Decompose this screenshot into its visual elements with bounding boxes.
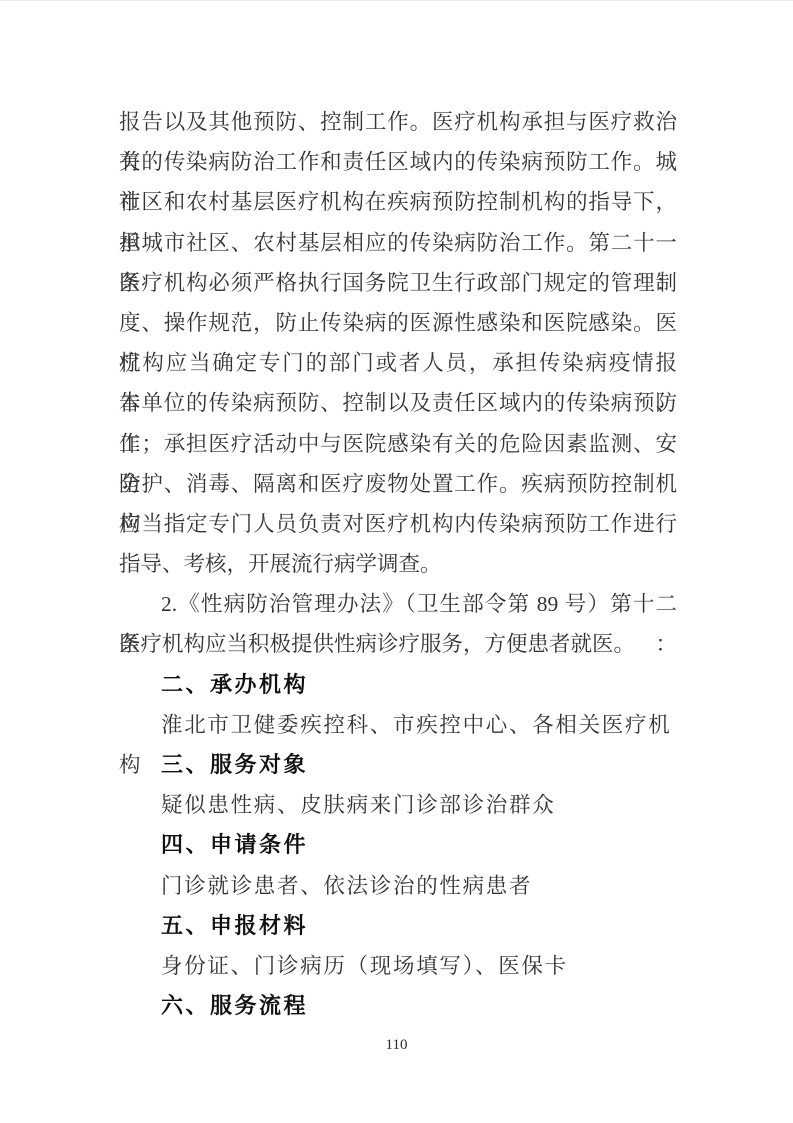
body-line: 指导、考核，开展流行病学调查。	[119, 544, 677, 584]
body-line: 报告以及其他预防、控制工作。医疗机构承担与医疗救治有	[119, 102, 677, 142]
body-line: 关的传染病防治工作和责任区域内的传染病预防工作。城市	[119, 142, 677, 182]
body-line: 担城市社区、农村基层相应的传染病防治工作。第二十一条：	[119, 223, 677, 263]
body-line: 机构应当确定专门的部门或者人员，承担传染病疫情报告、	[119, 343, 677, 383]
body-line: 本单位的传染病预防、控制以及责任区域内的传染病预防工	[119, 383, 677, 423]
section-body-application-materials: 身份证、门诊病历（现场填写）、医保卡	[119, 946, 677, 986]
section-body-undertaking-agency: 淮北市卫健委疾控科、市疾控中心、各相关医疗机构	[119, 705, 677, 745]
body-line: 医疗机构必须严格执行国务院卫生行政部门规定的管理制	[119, 263, 677, 303]
document-page: 报告以及其他预防、控制工作。医疗机构承担与医疗救治有 关的传染病防治工作和责任区…	[0, 0, 793, 1123]
section-body-service-target: 疑似患性病、皮肤病来门诊部诊治群众	[119, 785, 677, 825]
paragraph-std-management: 2.《性病防治管理办法》（卫生部令第 89 号）第十二条： 医疗机构应当积极提供…	[119, 584, 677, 664]
body-line: 作；承担医疗活动中与医院感染有关的危险因素监测、安全	[119, 424, 677, 464]
section-body-application-conditions: 门诊就诊患者、依法诊治的性病患者	[119, 866, 677, 906]
section-heading-application-materials: 五、申报材料	[119, 906, 677, 946]
body-line: 社区和农村基层医疗机构在疾病预防控制机构的指导下，承	[119, 182, 677, 222]
content-area: 报告以及其他预防、控制工作。医疗机构承担与医疗救治有 关的传染病防治工作和责任区…	[119, 102, 677, 1026]
body-line: 度、操作规范，防止传染病的医源性感染和医院感染。医疗	[119, 303, 677, 343]
section-heading-service-process: 六、服务流程	[119, 986, 677, 1026]
section-heading-undertaking-agency: 二、承办机构	[119, 665, 677, 705]
body-line: 应当指定专门人员负责对医疗机构内传染病预防工作进行	[119, 504, 677, 544]
section-heading-service-target: 三、服务对象	[119, 745, 677, 785]
body-line: 2.《性病防治管理办法》（卫生部令第 89 号）第十二条：	[119, 584, 677, 624]
paragraph-regulation-text: 报告以及其他预防、控制工作。医疗机构承担与医疗救治有 关的传染病防治工作和责任区…	[119, 102, 677, 584]
section-heading-application-conditions: 四、申请条件	[119, 825, 677, 865]
body-line: 医疗机构应当积极提供性病诊疗服务，方便患者就医。	[119, 624, 677, 664]
body-line: 防护、消毒、隔离和医疗废物处置工作。疾病预防控制机构	[119, 464, 677, 504]
page-number: 110	[0, 1035, 793, 1055]
